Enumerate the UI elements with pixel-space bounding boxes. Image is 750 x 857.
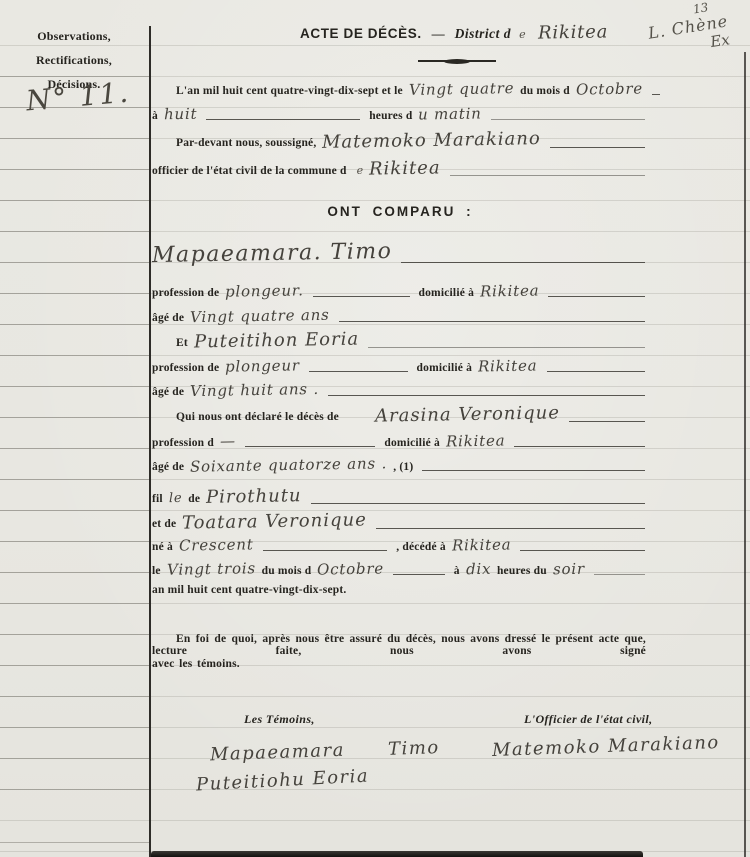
death-certificate-page: Observations, Rectifications, Décisions.… (0, 0, 750, 857)
label-profession: profession de (152, 287, 219, 299)
value-witness1-profession: plongeur. (225, 281, 304, 300)
label-age: âgé de (152, 386, 184, 398)
value-deceased-name: Arasina Veronique (375, 402, 560, 426)
row-witness1-age: âgé de Vingt quatre ans (152, 307, 648, 325)
label-age: âgé de (152, 312, 184, 324)
value-deceased-domicile: Rikitea (446, 431, 506, 450)
row-birth-death-place: né à Crescent , décédé à Rikitea (152, 536, 648, 554)
value-hour-period: u matin (418, 104, 482, 123)
label-et: Et (176, 337, 188, 349)
row-witness1-name: Mapaeamara. Timo (152, 241, 648, 266)
witnesses-label: Les Témoins, (244, 712, 315, 727)
blank-line (313, 296, 410, 297)
value-death-day: Vingt trois (167, 559, 256, 579)
label-de: de (188, 493, 200, 505)
row-witness1-profession: profession de plongeur. domicilié à Riki… (152, 282, 648, 300)
margin-ruled-lines (0, 60, 149, 857)
district-fill-letter: e (519, 28, 526, 41)
witness2-signature: Puteitiohu Eoria (196, 765, 370, 795)
row-act-date: L'an mil huit cent quatre-vingt-dix-sept… (152, 80, 648, 98)
page-title: ACTE DE DÉCÈS. (300, 26, 422, 41)
margin-divider-line (149, 26, 151, 857)
witness1-signature-first: Mapaeamara (210, 740, 346, 766)
page-edge-line (744, 52, 746, 857)
header-ornament-rule (418, 60, 496, 62)
blank-line (311, 503, 645, 504)
district-name-handwritten: Rikitea (537, 21, 608, 43)
value-witness2-name: Puteitihon Eoria (194, 329, 359, 353)
row-act-hour: à huit heures d u matin (152, 105, 648, 123)
label-profession: profession d (152, 437, 214, 449)
closing-line2: avec les témoins. (152, 658, 646, 670)
label-age: âgé de (152, 461, 184, 473)
page-title-row: ACTE DE DÉCÈS. — District d e Rikitea (300, 22, 608, 43)
blank-line (263, 550, 388, 551)
row-father: fil le de Pirothutu (152, 486, 648, 507)
blank-line (393, 574, 444, 575)
label-at: à (152, 110, 158, 122)
blank-line (547, 371, 645, 372)
scan-bottom-edge (151, 851, 643, 857)
row-officer: Par-devant nous, soussigné, Matemoko Mar… (152, 130, 648, 151)
blank-line (339, 321, 645, 322)
blank-line (328, 395, 645, 396)
value-death-hour: dix (466, 560, 492, 578)
row-deceased-age: âgé de Soixante quatorze ans . , (1) (152, 456, 648, 474)
blank-line (520, 550, 645, 551)
value-witness2-domicile: Rikitea (478, 356, 538, 375)
label-before-us: Par-devant nous, soussigné, (176, 137, 316, 149)
value-commune: Rikitea (369, 157, 441, 179)
label-at-hour: à (454, 565, 460, 577)
officer-signature: Matemoko Marakiano (492, 732, 720, 761)
blank-line (206, 119, 360, 120)
row-deceased-profession: profession d — domicilié à Rikitea (152, 432, 648, 450)
value-witness2-age: Vingt huit ans . (190, 380, 319, 400)
label-died-at: , décédé à (396, 541, 446, 553)
row-death-year: an mil huit cent quatre-vingt-dix-sept. (152, 584, 648, 596)
label-profession: profession de (152, 362, 219, 374)
label-domicile: domicilié à (384, 437, 440, 449)
blank-line (422, 470, 645, 471)
blank-line (401, 262, 645, 263)
value-deceased-age: Soixante quatorze ans . (190, 454, 387, 475)
comparu-heading: ONT COMPARU : (152, 204, 648, 219)
margin-header-line1: Observations, Rectifications, (0, 24, 148, 72)
value-act-month: Octobre (576, 79, 643, 98)
blank-line (548, 296, 645, 297)
blank-line (368, 347, 645, 348)
value-father-name: Pirothutu (206, 485, 302, 508)
value-birthplace: Crescent (179, 535, 254, 554)
row-witness2-age: âgé de Vingt huit ans . (152, 381, 648, 399)
blank-line (376, 528, 645, 529)
blank-line (514, 446, 645, 447)
label-domicile: domicilié à (419, 287, 475, 299)
label-month: du mois d (520, 85, 570, 97)
blank-line (550, 147, 645, 148)
blank-line (309, 371, 407, 372)
blank-line (245, 446, 376, 447)
label-the: le (152, 565, 161, 577)
value-act-day: Vingt quatre (409, 79, 515, 99)
blank-line (491, 119, 645, 120)
value-witness1-name: Mapaeamara. Timo (152, 239, 393, 268)
blank-line (652, 94, 660, 95)
value-witness2-profession: plongeur (225, 356, 300, 375)
label-officer-title: officier de l'état civil de la commune d (152, 165, 347, 177)
label-death-year: an mil huit cent quatre-vingt-dix-sept. (152, 584, 346, 596)
value-witness1-domicile: Rikitea (480, 281, 540, 300)
label-domicile: domicilié à (417, 362, 473, 374)
label-hours-of: heures du (497, 565, 547, 577)
value-officer-name: Matemoko Marakiano (322, 128, 541, 153)
blank-line (594, 574, 645, 575)
district-label: District d (455, 26, 511, 41)
row-death-date: le Vingt trois du mois d Octobre à dix h… (152, 560, 648, 578)
value-death-month: Octobre (317, 559, 384, 578)
value-act-hour: huit (164, 105, 198, 124)
row-mother: et de Toatara Veronique (152, 511, 648, 532)
row-declaration: Qui nous ont déclaré le décès de Arasina… (152, 404, 648, 425)
label-year-line: L'an mil huit cent quatre-vingt-dix-sept… (176, 85, 403, 97)
value-death-period: soir (553, 560, 585, 579)
officer-label: L'Officier de l'état civil, (524, 712, 653, 727)
value-mother-name: Toatara Veronique (182, 509, 367, 533)
row-commune: officier de l'état civil de la commune d… (152, 158, 648, 179)
footnote-reference: , (1) (393, 461, 413, 473)
label-born-at: né à (152, 541, 173, 553)
value-fil-fill: le (169, 491, 183, 506)
corner-annotation: 13 L. Chène Ex (645, 0, 750, 61)
value-witness1-age: Vingt quatre ans (190, 306, 330, 326)
label-death-month: du mois d (262, 565, 312, 577)
blank-line (569, 421, 645, 422)
value-deceased-profession: — (220, 432, 236, 450)
commune-fill-letter: e (357, 164, 364, 177)
row-witness2-profession: profession de plongeur domicilié à Rikit… (152, 357, 648, 375)
label-et-de: et de (152, 518, 176, 530)
title-separator: — (432, 26, 445, 41)
label-hours: heures d (369, 110, 412, 122)
label-fil: fil (152, 493, 163, 505)
value-death-place: Rikitea (452, 535, 512, 554)
label-declared: Qui nous ont déclaré le décès de (176, 411, 339, 423)
closing-line1: En foi de quoi, après nous être assuré d… (152, 633, 646, 657)
blank-line (450, 175, 645, 176)
row-witness2-name: Et Puteitihon Eoria (152, 330, 648, 351)
witness1-signature-last: Timo (388, 737, 440, 760)
